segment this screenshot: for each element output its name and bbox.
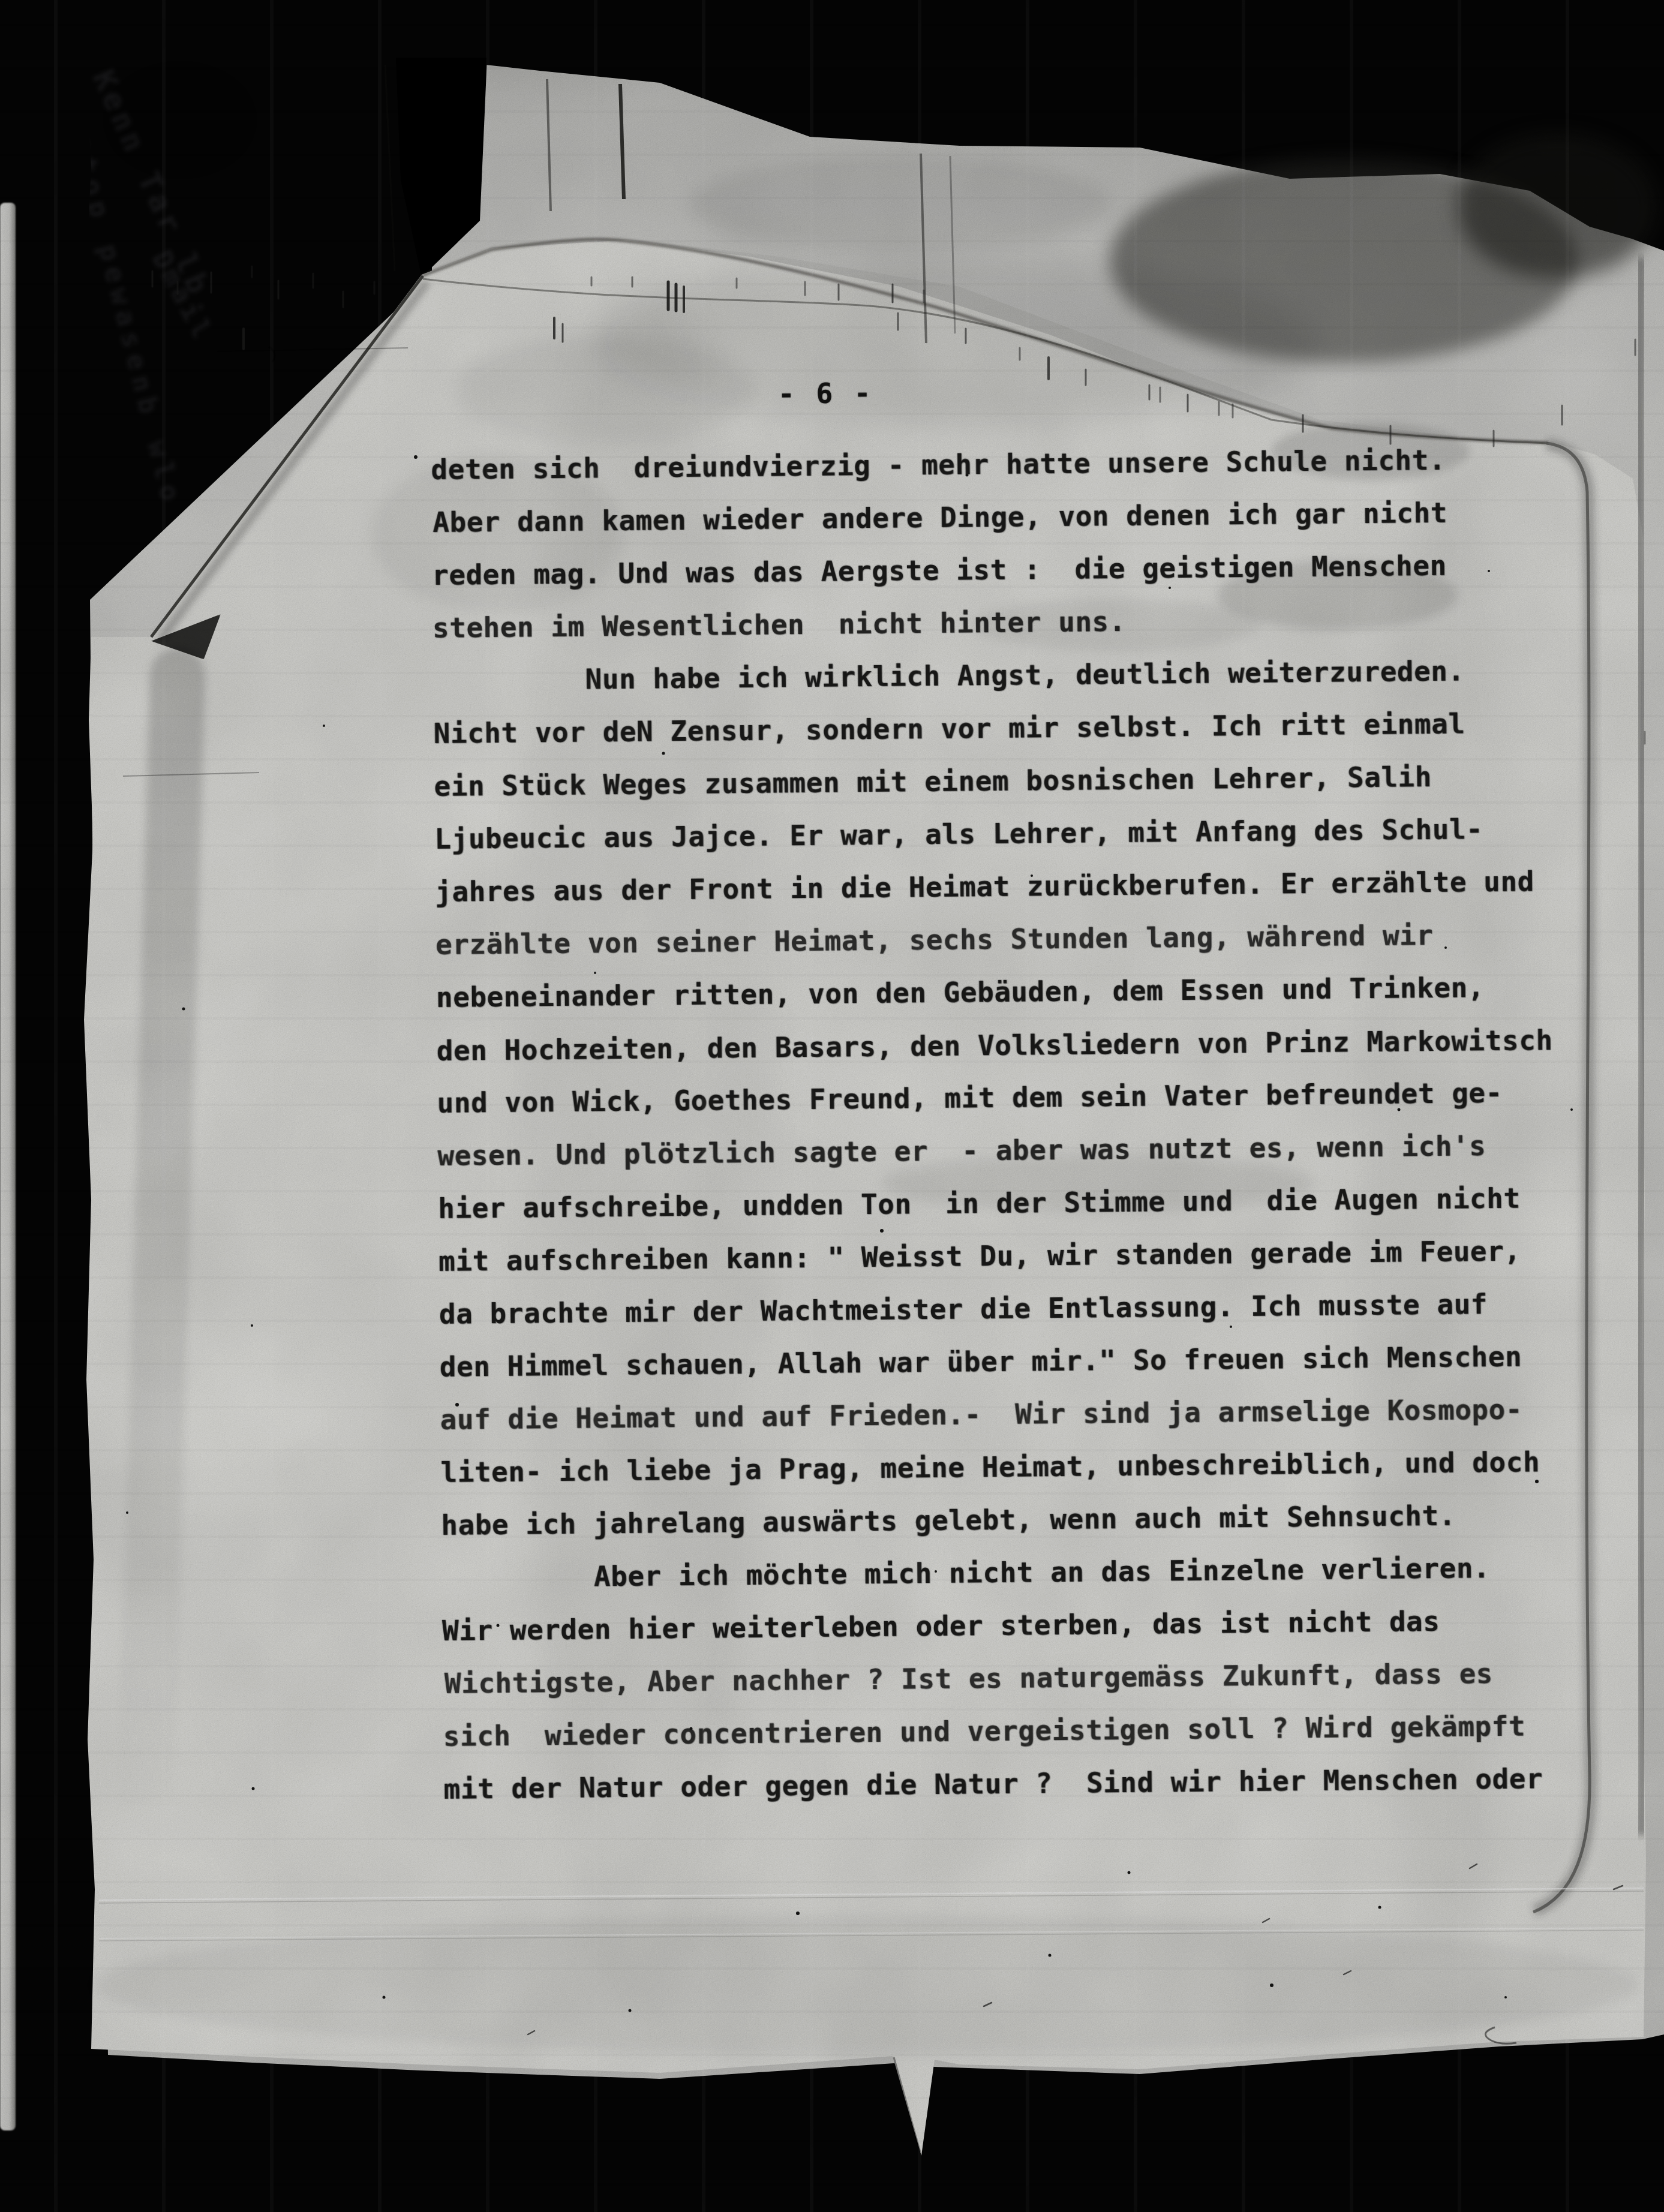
text-line: nebeneinander ritten, von den Gebäuden, … (435, 960, 1612, 1024)
page-number: - 6 - (778, 366, 873, 420)
scanned-document-photo: Kenn Tar lb etop pewasenb wlo Dmail (0, 0, 1664, 2212)
adjacent-page-sliver (0, 203, 16, 2130)
text-line: mit der Natur oder gegen die Natur ? Sin… (443, 1751, 1620, 1816)
typewritten-text-block: deten sich dreiundvierzig - mehr hatte u… (431, 432, 1620, 1816)
